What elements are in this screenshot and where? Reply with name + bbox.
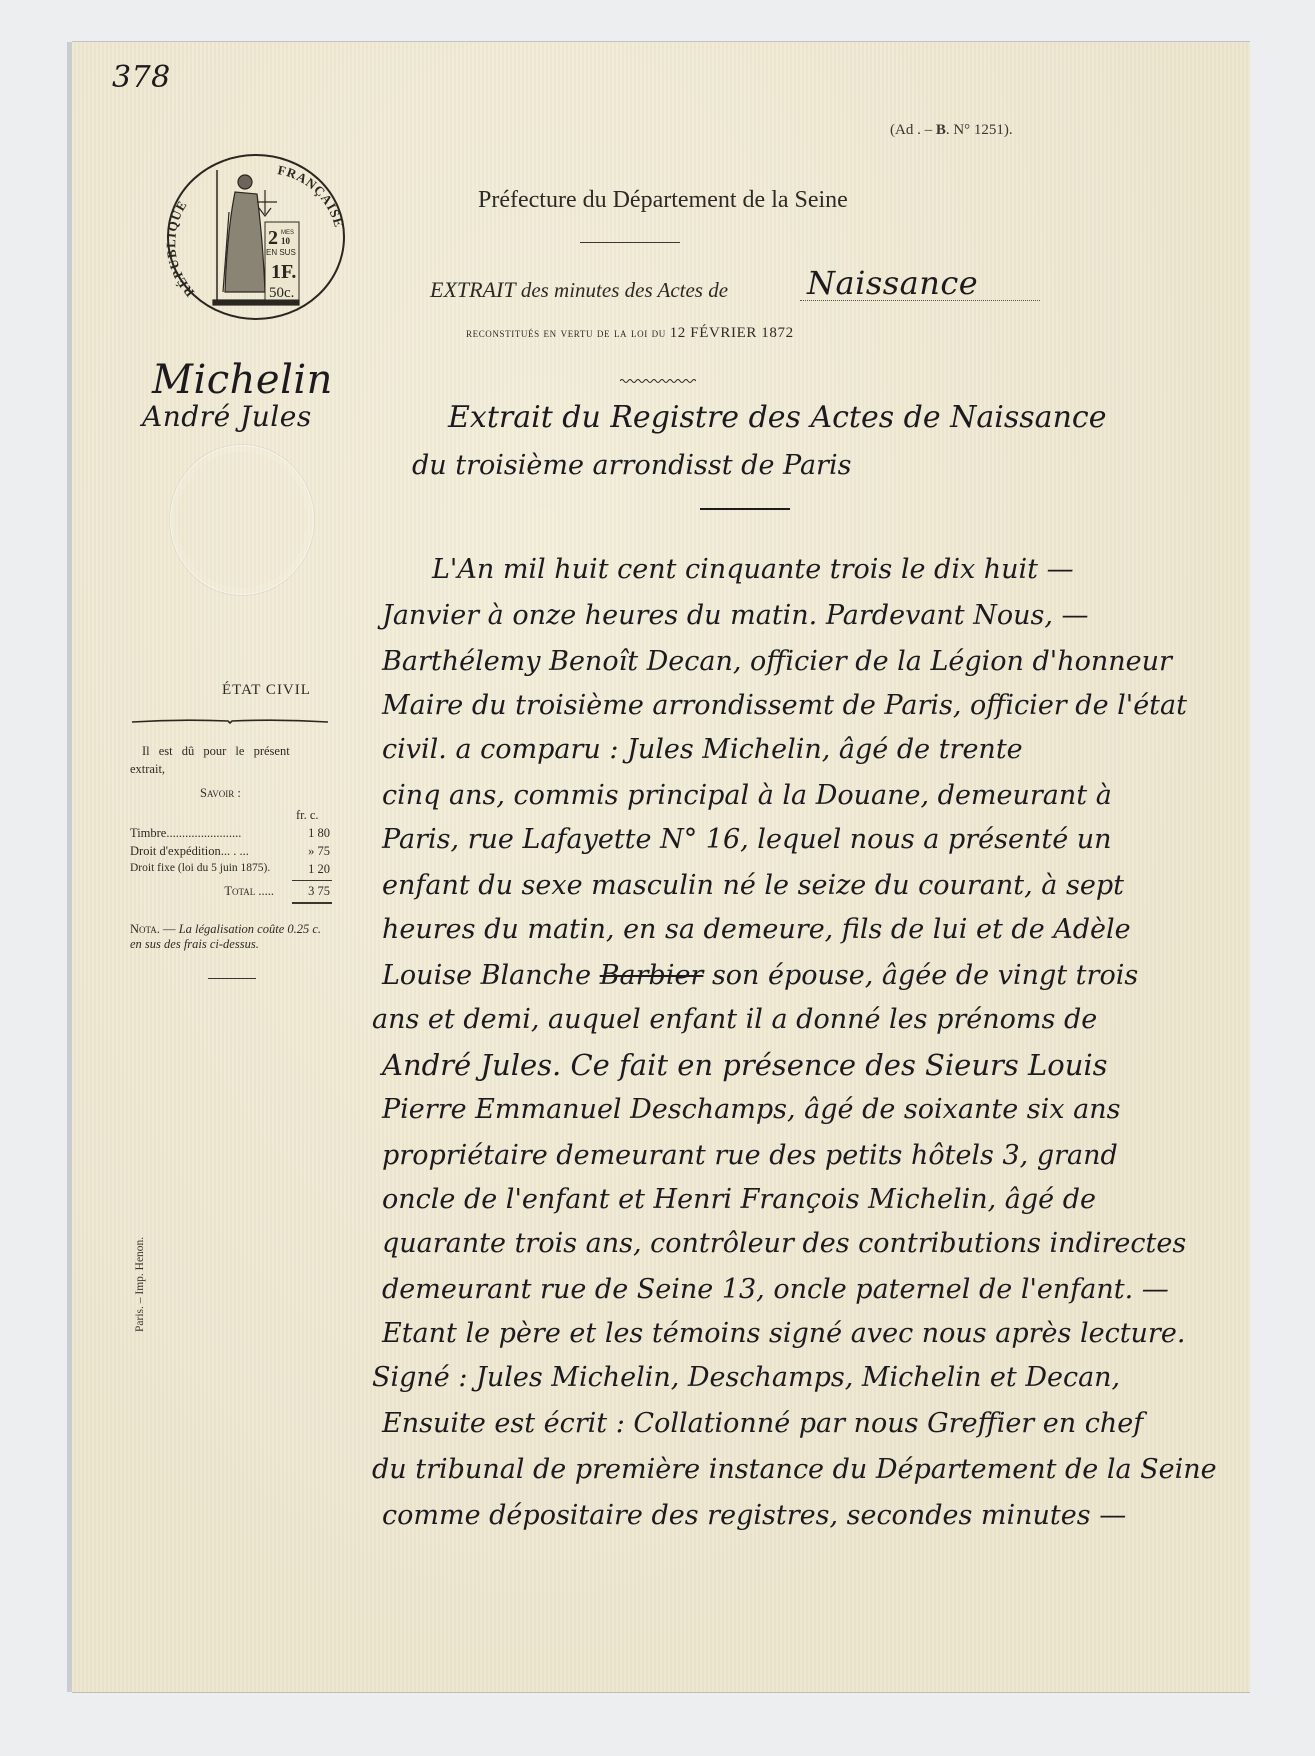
body-line-10: Louise Blanche Barbier son épouse, âgée … (382, 960, 1138, 991)
title-underline (700, 508, 790, 510)
body-line-16: quarante trois ans, contrôleur des contr… (382, 1228, 1186, 1259)
extract-type-value: Naissance (807, 264, 978, 302)
embossed-seal-icon (170, 445, 314, 595)
body-line-12: André Jules. Ce fait en présence des Sie… (382, 1048, 1108, 1082)
body-line-14: propriétaire demeurant rue des petits hô… (382, 1140, 1118, 1171)
nota-note: Nota. — La légalisation coûte 0.25 c. en… (130, 922, 332, 952)
header-rule (580, 242, 680, 243)
extract-label: EXTRAIT des minutes des Actes de (430, 277, 728, 303)
body-line-7: Paris, rue Lafayette N° 16, lequel nous … (382, 824, 1112, 855)
svg-text:EN SUS: EN SUS (266, 248, 296, 257)
body-line-15: oncle de l'enfant et Henri François Mich… (382, 1184, 1096, 1215)
prefecture-title: Préfecture du Département de la Seine (478, 187, 848, 214)
folio-number: 378 (112, 60, 171, 95)
fiscal-stamp-icon: RÉPUBLIQUE FRANÇAISE 2 MES 10 EN SUS 1F.… (165, 152, 347, 322)
body-line-6: cinq ans, commis principal à la Douane, … (382, 780, 1112, 811)
form-reference: (Ad . – B. N° 1251). (890, 122, 1013, 139)
fee-intro-line2: extrait, (130, 762, 165, 777)
etat-civil-title: ÉTAT CIVIL (222, 682, 311, 699)
savoir-label: Savoir : (200, 786, 241, 801)
body-line-13: Pierre Emmanuel Deschamps, âgé de soixan… (382, 1094, 1120, 1125)
body-line-22: comme dépositaire des registres, seconde… (382, 1500, 1126, 1531)
body-line-19: Signé : Jules Michelin, Deschamps, Miche… (372, 1362, 1120, 1393)
body-line-8: enfant du sexe masculin né le seize du c… (382, 870, 1124, 901)
body-line-5: civil. a comparu : Jules Michelin, âgé d… (382, 734, 1023, 765)
body-line-21: du tribunal de première instance du Dépa… (372, 1454, 1217, 1485)
subtotal-rule (292, 880, 332, 881)
total-rule (292, 902, 332, 904)
svg-text:1F.: 1F. (271, 261, 296, 283)
margin-surname: Michelin (152, 357, 333, 403)
handwritten-title-line1: Extrait du Registre des Actes de Naissan… (448, 400, 1106, 435)
struck-word: Barbier (600, 960, 704, 991)
fee-row-expedition: Droit d'expédition... . ... » 75 (130, 844, 330, 859)
body-line-17: demeurant rue de Seine 13, oncle paterne… (382, 1274, 1169, 1305)
svg-text:2: 2 (268, 227, 278, 249)
handwritten-title-line2: du troisième arrondisst de Paris (412, 450, 851, 481)
body-line-2: Janvier à onze heures du matin. Pardevan… (382, 600, 1089, 631)
body-line-9: heures du matin, en sa demeure, fils de … (382, 914, 1131, 945)
body-line-11: ans et demi, auquel enfant il a donné le… (372, 1004, 1097, 1035)
body-line-18: Etant le père et les témoins signé avec … (382, 1318, 1185, 1349)
body-line-3: Barthélemy Benoît Decan, officier de la … (382, 646, 1172, 677)
margin-given-names: André Jules (142, 400, 312, 433)
svg-text:10: 10 (281, 236, 291, 246)
ornament-wavy-rule-icon (620, 378, 696, 384)
svg-text:50c.: 50c. (269, 285, 294, 301)
body-line-1: L'An mil huit cent cinquante trois le di… (432, 554, 1074, 585)
body-line-4: Maire du troisième arrondissemt de Paris… (382, 690, 1187, 721)
fee-intro-line1: Il est dû pour le présent (142, 744, 290, 759)
reconstitution-note: reconstitués en vertu de la loi du 12 FÉ… (466, 325, 794, 342)
body-line-20: Ensuite est écrit : Collationné par nous… (382, 1408, 1143, 1439)
fee-row-droit-fixe: Droit fixe (loi du 5 juin 1875). 1 20 (130, 862, 330, 877)
etat-civil-rule-icon (130, 717, 330, 725)
fee-row-total: Total ..... 3 75 (130, 884, 330, 899)
currency-header: fr. c. (296, 808, 319, 823)
printer-imprint: Paris. – Imp. Henon. (134, 1237, 146, 1332)
document-page: 378 (Ad . – B. N° 1251). RÉPUBLIQUE FRAN… (72, 42, 1250, 1692)
fee-row-timbre: Timbre........................ 1 80 (130, 826, 330, 841)
nota-rule (208, 978, 256, 979)
